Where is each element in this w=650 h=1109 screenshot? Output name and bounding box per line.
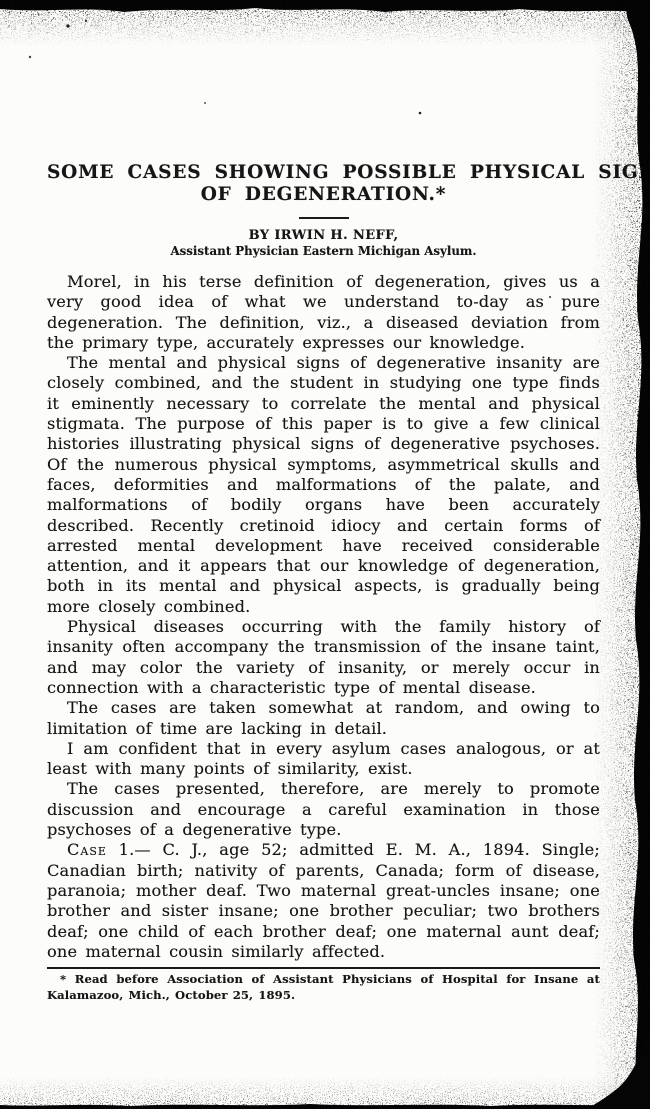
scan-speck [66, 24, 69, 27]
scan-speck [85, 20, 87, 22]
byline-affiliation: Assistant Physician Eastern Michigan Asy… [47, 244, 600, 259]
title-divider-rule [299, 217, 349, 219]
paragraph: I am confident that in every asylum case… [47, 739, 600, 780]
footnote-divider-rule [47, 967, 600, 969]
paragraph: Morel, in his terse definition of degene… [47, 272, 600, 353]
scanned-page: SOME CASES SHOWING POSSIBLE PHYSICAL SIG… [0, 0, 650, 1109]
footnote-text: * Read before Association of Assistant P… [47, 972, 600, 1003]
scan-speck [419, 112, 422, 115]
byline: BY IRWIN H. NEFF, [47, 228, 600, 244]
case-1-paragraph: Case 1.— C. J., age 52; admitted E. M. A… [47, 840, 600, 962]
article-body: Morel, in his terse definition of degene… [47, 272, 600, 962]
case-1-label: Case [67, 840, 107, 859]
paragraph: Physical diseases occurring with the fam… [47, 617, 600, 698]
scan-noise-bottom [0, 1076, 650, 1109]
case-1-text: 1.— C. J., age 52; admitted E. M. A., 18… [47, 840, 600, 960]
scan-corner-blob [586, 1025, 650, 1109]
scan-edge-top [0, 0, 650, 13]
article-title-line-1: SOME CASES SHOWING POSSIBLE PHYSICAL SIG… [47, 162, 600, 184]
scan-speck [204, 102, 206, 104]
article-title-line-2: OF DEGENERATION.* [47, 184, 600, 206]
article: SOME CASES SHOWING POSSIBLE PHYSICAL SIG… [47, 162, 600, 1003]
paragraph: The mental and physical signs of degener… [47, 353, 600, 617]
scan-edge-bottom [0, 1104, 650, 1109]
scan-noise-top [0, 0, 650, 46]
paragraph: The cases presented, therefore, are mere… [47, 779, 600, 840]
paragraph: The cases are taken somewhat at random, … [47, 698, 600, 739]
scan-speck [29, 56, 31, 58]
